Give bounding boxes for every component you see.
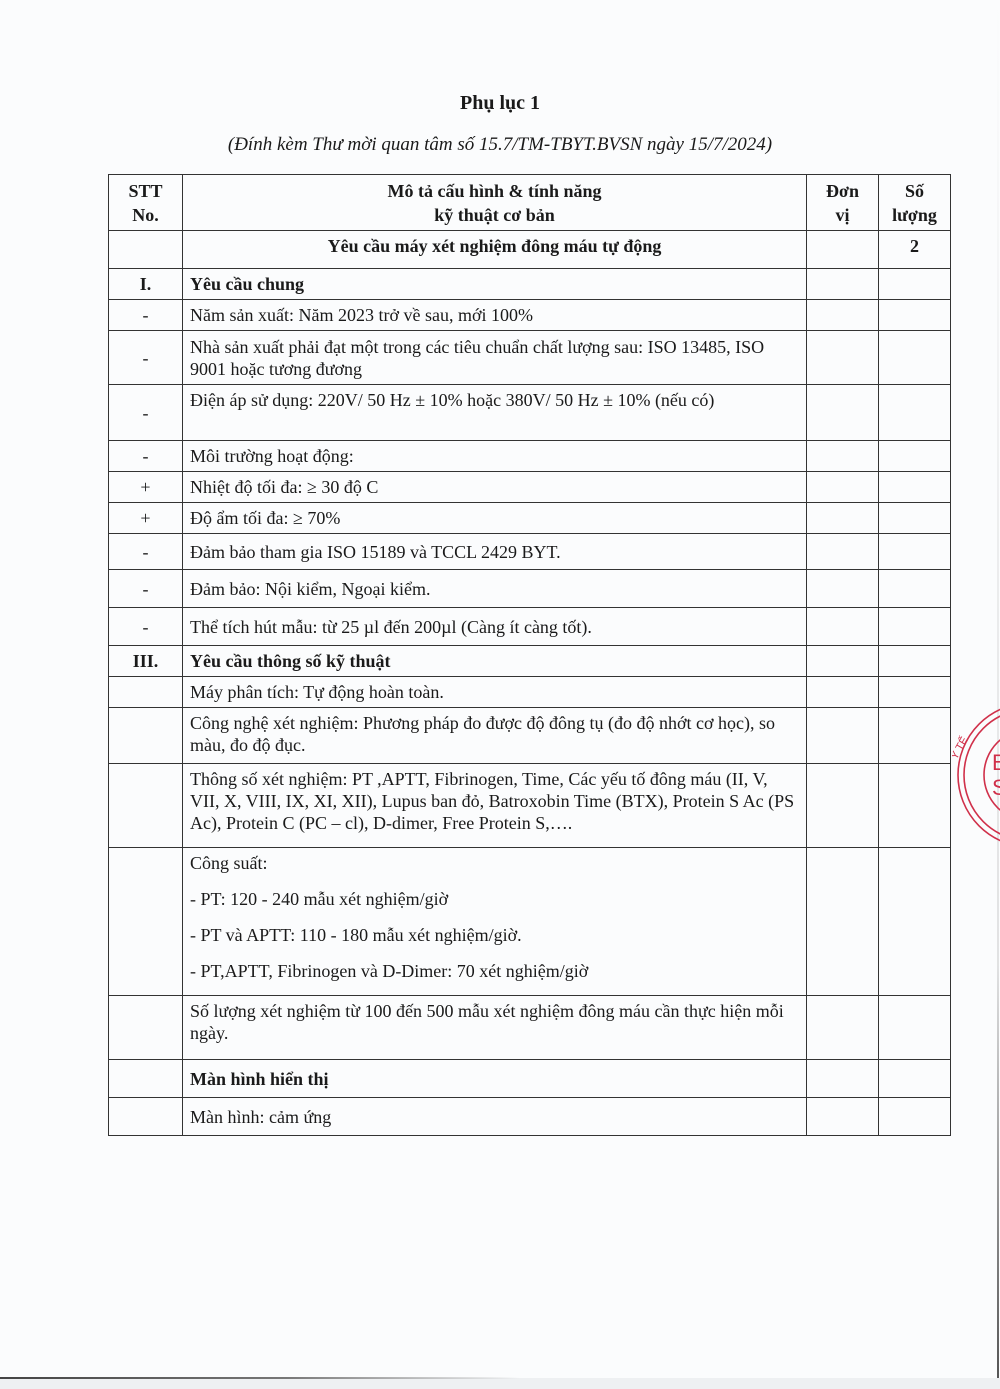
row-stt: + xyxy=(109,503,183,534)
product-quantity: 2 xyxy=(879,231,951,269)
row-unit xyxy=(807,503,879,534)
header-desc-line1: Mô tả cấu hình & tính năng xyxy=(190,179,799,203)
row-unit xyxy=(807,534,879,570)
table-row: Công suất:- PT: 120 - 240 mẫu xét nghiệm… xyxy=(109,848,951,996)
table-row: +Nhiệt độ tối đa: ≥ 30 độ C xyxy=(109,472,951,503)
row-description: Nhiệt độ tối đa: ≥ 30 độ C xyxy=(183,472,807,503)
row-description: Điện áp sử dụng: 220V/ 50 Hz ± 10% hoặc … xyxy=(183,385,807,441)
table-row: -Đảm bảo tham gia ISO 15189 và TCCL 2429… xyxy=(109,534,951,570)
row-stt xyxy=(109,708,183,764)
row-unit xyxy=(807,441,879,472)
row-description: Máy phân tích: Tự động hoàn toàn. xyxy=(183,677,807,708)
row-description: Màn hình: cảm ứng xyxy=(183,1098,807,1136)
row-quantity xyxy=(879,677,951,708)
page-edge-right xyxy=(997,0,999,1380)
row-description: Thông số xét nghiệm: PT ,APTT, Fibrinoge… xyxy=(183,764,807,848)
row-quantity xyxy=(879,608,951,646)
header-unit-line2: vị xyxy=(814,203,871,227)
header-quantity: Số lượng xyxy=(879,175,951,231)
capacity-line: - PT,APTT, Fibrinogen và D-Dimer: 70 xét… xyxy=(190,960,799,982)
row-stt xyxy=(109,996,183,1060)
row-quantity xyxy=(879,300,951,331)
product-row: Yêu cầu máy xét nghiệm đông máu tự động … xyxy=(109,231,951,269)
row-unit xyxy=(807,1098,879,1136)
table-row: I.Yêu cầu chung xyxy=(109,269,951,300)
product-unit xyxy=(807,231,879,269)
table-row: -Thể tích hút mẫu: từ 25 µl đến 200µl (C… xyxy=(109,608,951,646)
row-quantity xyxy=(879,848,951,996)
row-quantity xyxy=(879,269,951,300)
row-quantity xyxy=(879,764,951,848)
row-quantity xyxy=(879,646,951,677)
document-title: Phụ lục 1 xyxy=(0,92,1000,115)
row-stt: I. xyxy=(109,269,183,300)
table-row: III.Yêu cầu thông số kỹ thuật xyxy=(109,646,951,677)
header-desc-line2: kỹ thuật cơ bản xyxy=(190,203,799,227)
row-stt: - xyxy=(109,608,183,646)
row-quantity xyxy=(879,1098,951,1136)
row-description: Công nghệ xét nghiệm: Phương pháp đo đượ… xyxy=(183,708,807,764)
row-stt: - xyxy=(109,300,183,331)
table-row: -Điện áp sử dụng: 220V/ 50 Hz ± 10% hoặc… xyxy=(109,385,951,441)
header-qty-line1: Số xyxy=(886,179,943,203)
header-unit: Đơn vị xyxy=(807,175,879,231)
row-description: Yêu cầu thông số kỹ thuật xyxy=(183,646,807,677)
row-stt: - xyxy=(109,331,183,385)
table-row: Số lượng xét nghiệm từ 100 đến 500 mẫu x… xyxy=(109,996,951,1060)
capacity-line: - PT và APTT: 110 - 180 mẫu xét nghiệm/g… xyxy=(190,924,799,946)
table-row: Máy phân tích: Tự động hoàn toàn. xyxy=(109,677,951,708)
header-qty-line2: lượng xyxy=(886,203,943,227)
table-row: -Đảm bảo: Nội kiểm, Ngoại kiểm. xyxy=(109,570,951,608)
row-description: Năm sản xuất: Năm 2023 trở về sau, mới 1… xyxy=(183,300,807,331)
row-quantity xyxy=(879,1060,951,1098)
table-row: -Năm sản xuất: Năm 2023 trở về sau, mới … xyxy=(109,300,951,331)
row-description: Đảm bảo: Nội kiểm, Ngoại kiểm. xyxy=(183,570,807,608)
table-row: +Độ ẩm tối đa: ≥ 70% xyxy=(109,503,951,534)
header-unit-line1: Đơn xyxy=(814,179,871,203)
row-unit xyxy=(807,848,879,996)
table-row: -Nhà sản xuất phải đạt một trong các tiê… xyxy=(109,331,951,385)
row-description: Nhà sản xuất phải đạt một trong các tiêu… xyxy=(183,331,807,385)
row-unit xyxy=(807,608,879,646)
header-stt: STT No. xyxy=(109,175,183,231)
table-row: Màn hình hiển thị xyxy=(109,1060,951,1098)
row-description: Thể tích hút mẫu: từ 25 µl đến 200µl (Cà… xyxy=(183,608,807,646)
spec-table: STT No. Mô tả cấu hình & tính năng kỹ th… xyxy=(108,174,951,1136)
row-unit xyxy=(807,708,879,764)
row-stt: III. xyxy=(109,646,183,677)
row-stt: + xyxy=(109,472,183,503)
row-unit xyxy=(807,1060,879,1098)
row-description: Yêu cầu chung xyxy=(183,269,807,300)
page-shadow-line xyxy=(0,1377,520,1379)
row-unit xyxy=(807,269,879,300)
row-stt: - xyxy=(109,441,183,472)
page-edge-bottom xyxy=(0,1378,1000,1389)
row-description-heading: Công suất: xyxy=(190,852,799,874)
product-stt xyxy=(109,231,183,269)
row-quantity xyxy=(879,331,951,385)
row-quantity xyxy=(879,570,951,608)
row-description: Độ ẩm tối đa: ≥ 70% xyxy=(183,503,807,534)
row-description: Công suất:- PT: 120 - 240 mẫu xét nghiệm… xyxy=(183,848,807,996)
row-description: Số lượng xét nghiệm từ 100 đến 500 mẫu x… xyxy=(183,996,807,1060)
row-description: Môi trường hoạt động: xyxy=(183,441,807,472)
row-stt xyxy=(109,677,183,708)
row-stt: - xyxy=(109,385,183,441)
row-quantity xyxy=(879,503,951,534)
row-quantity xyxy=(879,534,951,570)
table-row: Màn hình: cảm ứng xyxy=(109,1098,951,1136)
row-stt xyxy=(109,848,183,996)
row-unit xyxy=(807,677,879,708)
row-unit xyxy=(807,646,879,677)
row-quantity xyxy=(879,441,951,472)
row-quantity xyxy=(879,996,951,1060)
row-unit xyxy=(807,472,879,503)
document-subtitle: (Đính kèm Thư mời quan tâm số 15.7/TM-TB… xyxy=(0,134,1000,156)
svg-text:Y TẾ: Y TẾ xyxy=(952,734,971,761)
row-stt: - xyxy=(109,570,183,608)
row-unit xyxy=(807,300,879,331)
row-unit xyxy=(807,764,879,848)
official-stamp-icon: B S Y TẾ xyxy=(952,700,1000,850)
row-stt: - xyxy=(109,534,183,570)
row-unit xyxy=(807,385,879,441)
row-stt xyxy=(109,764,183,848)
header-stt-line2: No. xyxy=(116,203,175,227)
row-quantity xyxy=(879,385,951,441)
row-unit xyxy=(807,570,879,608)
row-unit xyxy=(807,331,879,385)
row-stt xyxy=(109,1098,183,1136)
table-row: Công nghệ xét nghiệm: Phương pháp đo đượ… xyxy=(109,708,951,764)
header-description: Mô tả cấu hình & tính năng kỹ thuật cơ b… xyxy=(183,175,807,231)
table-header-row: STT No. Mô tả cấu hình & tính năng kỹ th… xyxy=(109,175,951,231)
row-description: Đảm bảo tham gia ISO 15189 và TCCL 2429 … xyxy=(183,534,807,570)
capacity-line: - PT: 120 - 240 mẫu xét nghiệm/giờ xyxy=(190,888,799,910)
row-quantity xyxy=(879,472,951,503)
header-stt-line1: STT xyxy=(116,179,175,203)
row-stt xyxy=(109,1060,183,1098)
row-unit xyxy=(807,996,879,1060)
row-quantity xyxy=(879,708,951,764)
product-description: Yêu cầu máy xét nghiệm đông máu tự động xyxy=(183,231,807,269)
table-row: Thông số xét nghiệm: PT ,APTT, Fibrinoge… xyxy=(109,764,951,848)
table-row: -Môi trường hoạt động: xyxy=(109,441,951,472)
row-description: Màn hình hiển thị xyxy=(183,1060,807,1098)
